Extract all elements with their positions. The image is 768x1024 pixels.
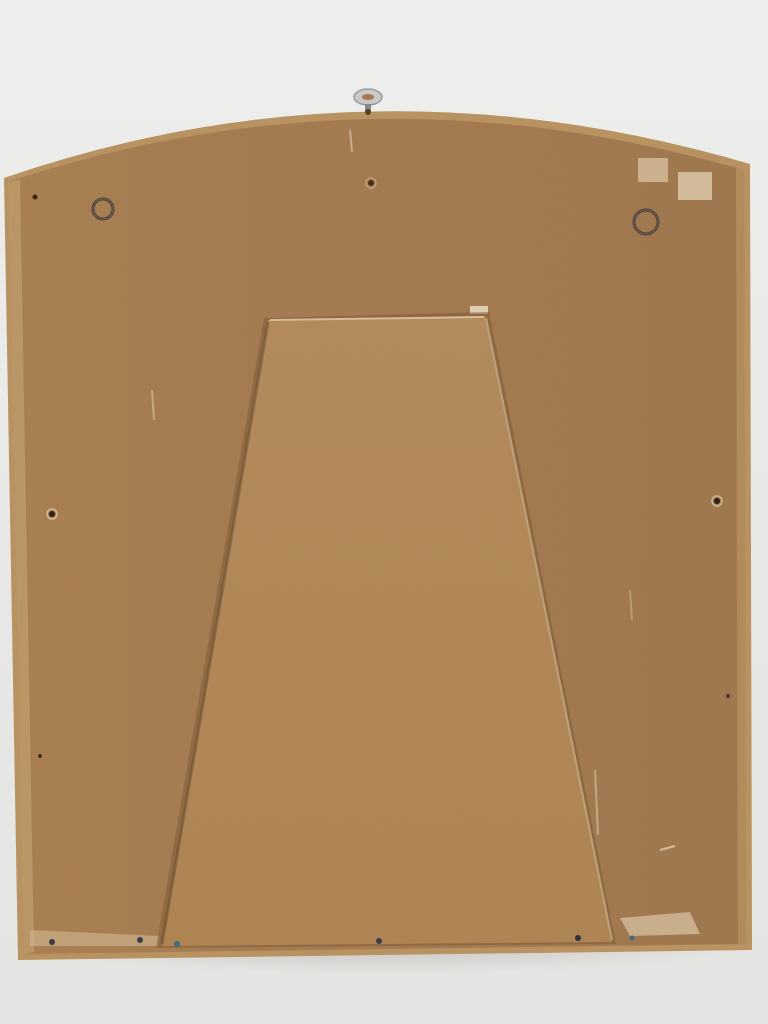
screw-eye-icon [354, 89, 382, 115]
frame-back [0, 0, 768, 1024]
nail-hole [368, 180, 374, 186]
